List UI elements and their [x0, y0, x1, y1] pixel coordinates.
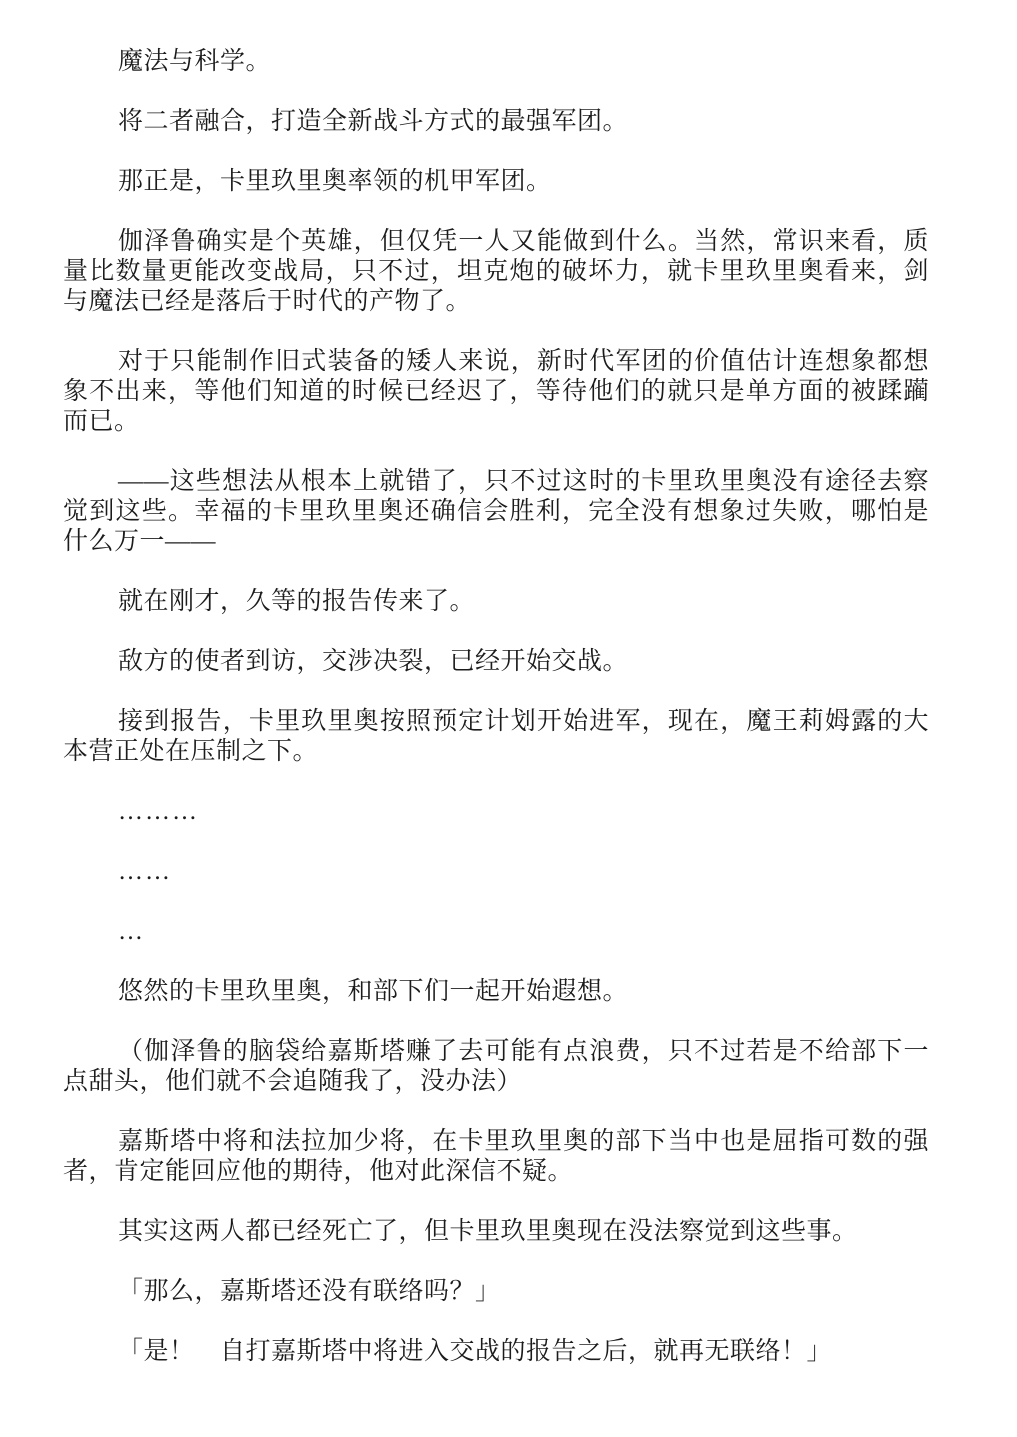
paragraph: ——这些想法从根本上就错了，只不过这时的卡里玖里奥没有途径去察觉到这些。幸福的卡…	[63, 467, 929, 557]
paragraph: 悠然的卡里玖里奥，和部下们一起开始遐想。	[63, 977, 929, 1007]
paragraph: （伽泽鲁的脑袋给嘉斯塔赚了去可能有点浪费，只不过若是不给部下一点甜头，他们就不会…	[63, 1037, 929, 1097]
ellipsis-line: ……	[63, 857, 929, 887]
paragraph: 魔法与科学。	[63, 47, 929, 77]
paragraph: 那正是，卡里玖里奥率领的机甲军团。	[63, 167, 929, 197]
paragraph: 伽泽鲁确实是个英雄，但仅凭一人又能做到什么。当然，常识来看，质量比数量更能改变战…	[63, 227, 929, 317]
paragraph: 接到报告，卡里玖里奥按照预定计划开始进军，现在，魔王莉姆露的大本营正处在压制之下…	[63, 707, 929, 767]
dialogue-line: 「是！ 自打嘉斯塔中将进入交战的报告之后，就再无联络！」	[63, 1337, 929, 1367]
document-page: 魔法与科学。 将二者融合，打造全新战斗方式的最强军团。 那正是，卡里玖里奥率领的…	[0, 0, 1017, 1437]
paragraph: 就在刚才，久等的报告传来了。	[63, 587, 929, 617]
paragraph: 将二者融合，打造全新战斗方式的最强军团。	[63, 107, 929, 137]
paragraph: 对于只能制作旧式装备的矮人来说，新时代军团的价值估计连想象都想象不出来，等他们知…	[63, 347, 929, 437]
paragraph: 嘉斯塔中将和法拉加少将，在卡里玖里奥的部下当中也是屈指可数的强者，肯定能回应他的…	[63, 1127, 929, 1187]
paragraph: 敌方的使者到访，交涉决裂，已经开始交战。	[63, 647, 929, 677]
paragraph: 其实这两人都已经死亡了，但卡里玖里奥现在没法察觉到这些事。	[63, 1217, 929, 1247]
ellipsis-line: …	[63, 917, 929, 947]
dialogue-line: 「那么，嘉斯塔还没有联络吗？」	[63, 1277, 929, 1307]
ellipsis-line: ………	[63, 797, 929, 827]
